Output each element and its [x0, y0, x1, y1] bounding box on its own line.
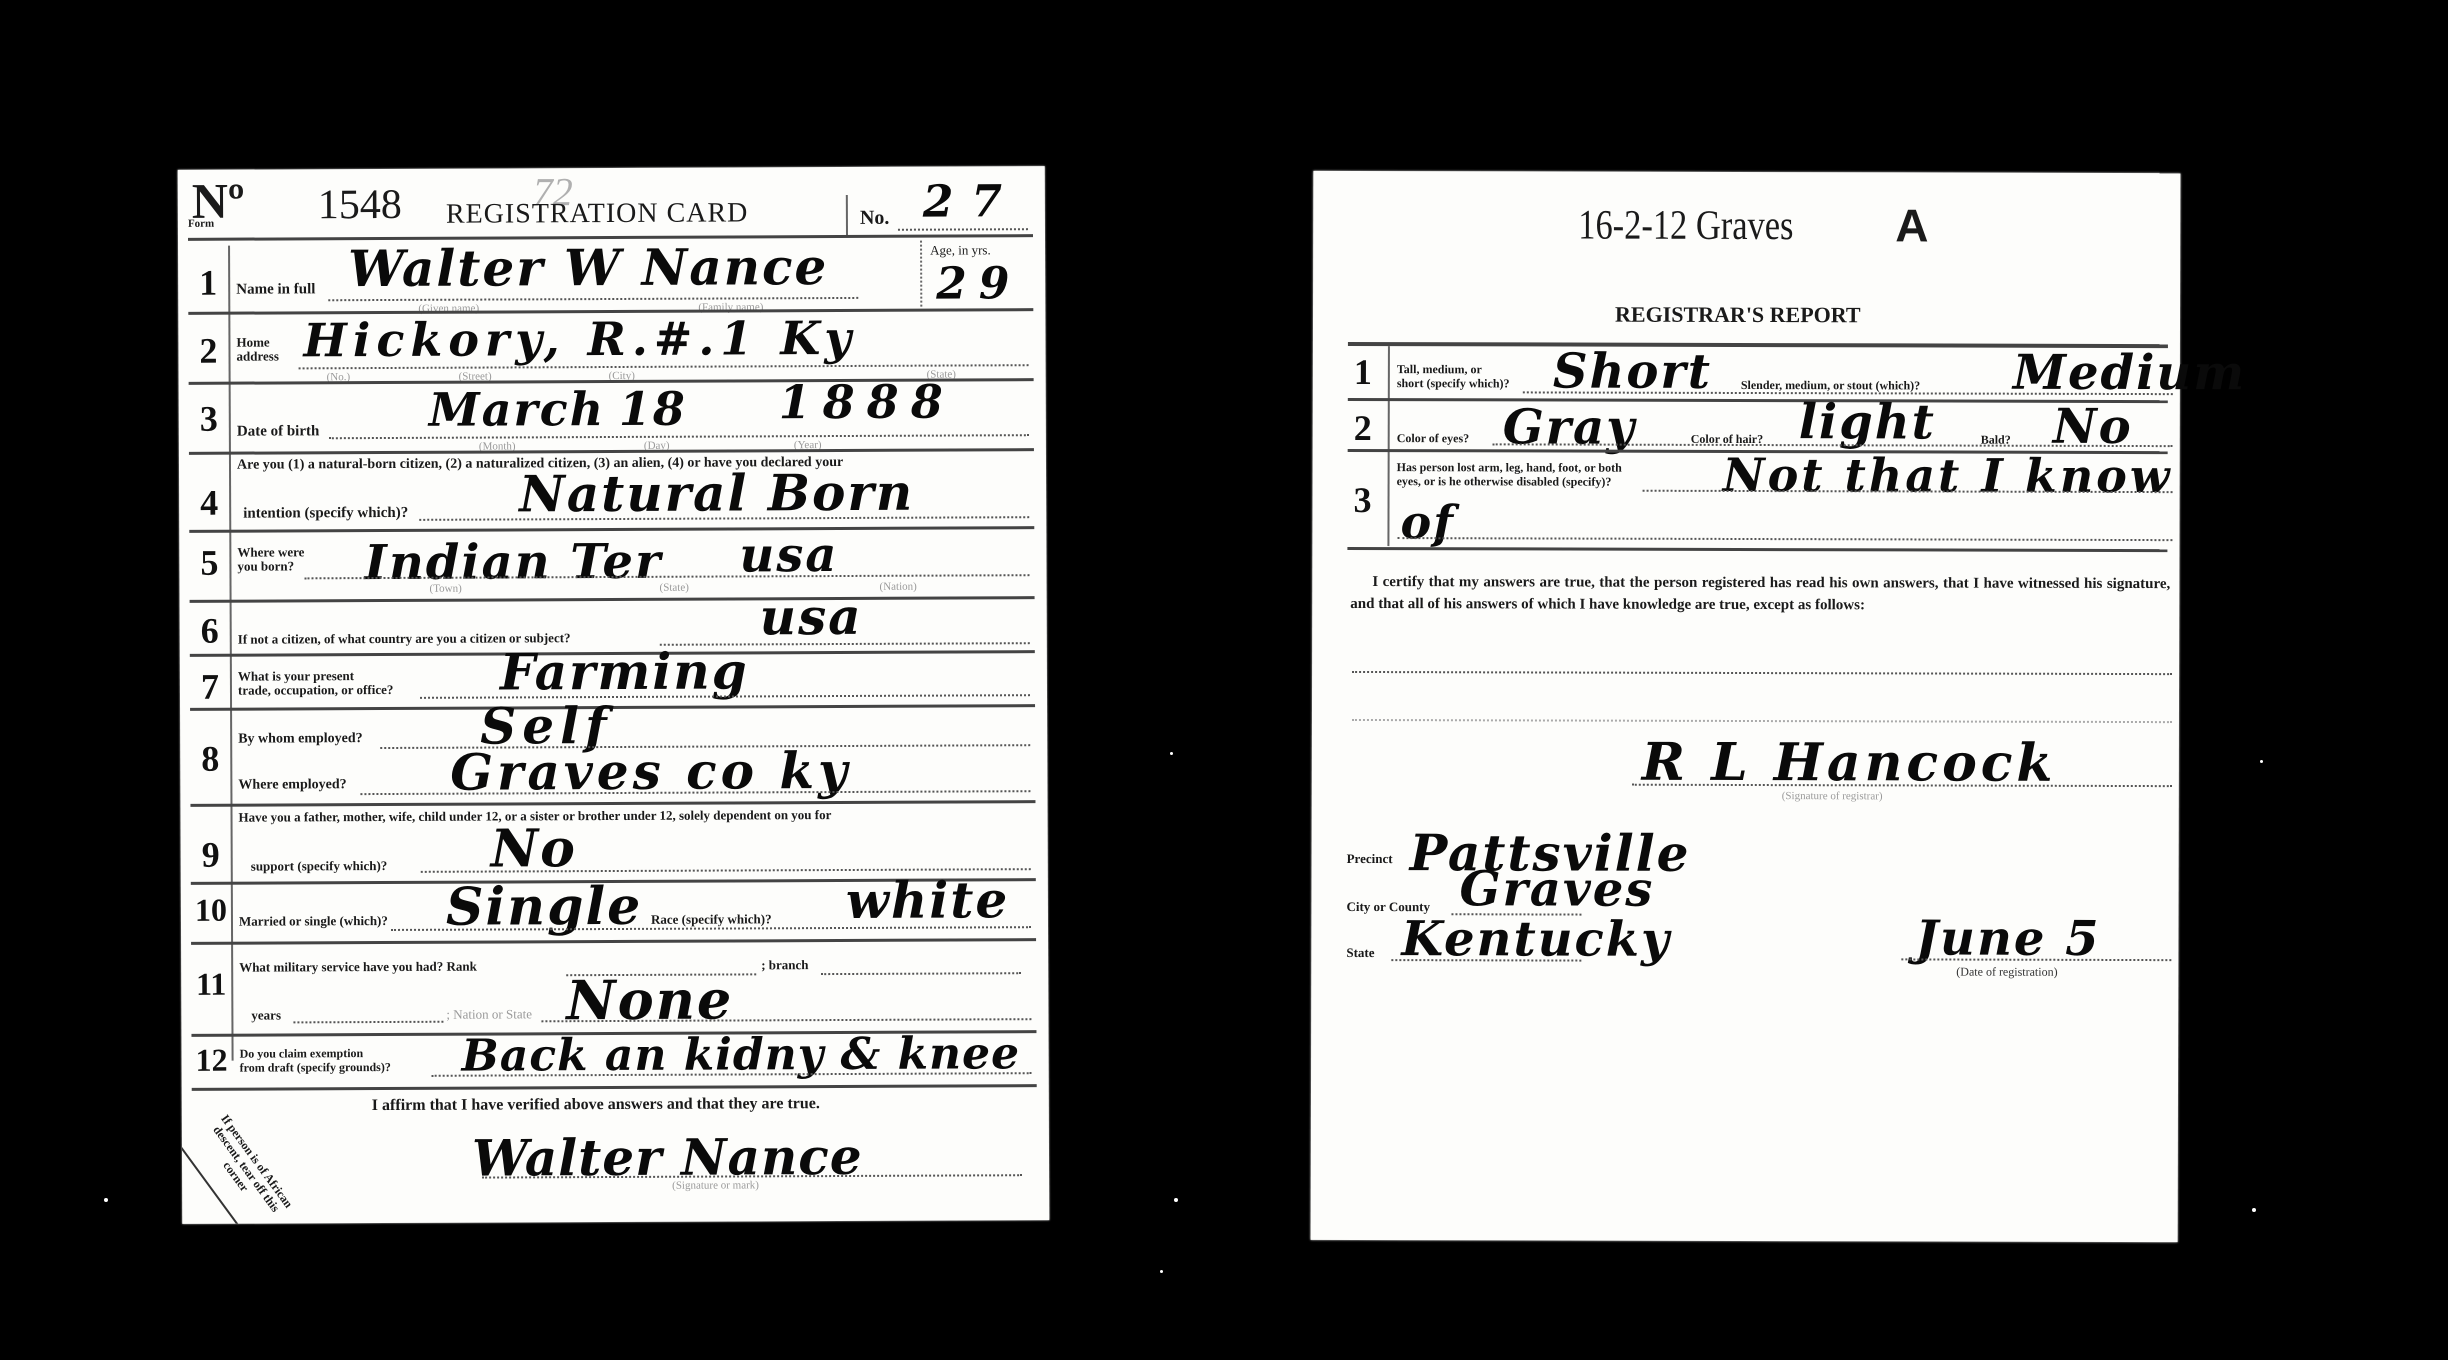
occupation-value: Farming — [500, 641, 749, 701]
header-letter: A — [1895, 198, 1928, 252]
certification-text: I certify that my answers are true, that… — [1350, 571, 2170, 617]
affirmation-text: I affirm that I have verified above answ… — [372, 1095, 820, 1115]
birth-year-value: 1888 — [779, 375, 955, 430]
name-label: Name in full — [236, 281, 315, 298]
tear-off-corner: If person is of African descent, tear of… — [182, 1091, 333, 1224]
eye-color-value: Gray — [1503, 399, 1636, 455]
form-label: Form — [188, 218, 214, 230]
military-service-value: None — [566, 967, 733, 1032]
serial-number: 1548 — [318, 181, 402, 229]
home-address-value: Hickory, R.#.1 Ky — [303, 311, 857, 367]
citizenship-value: Natural Born — [519, 463, 914, 524]
registration-card: Nº Form 1548 72 REGISTRATION CARD No. 27… — [178, 166, 1050, 1224]
order-number: 27 — [923, 176, 1020, 227]
disability-value-line2: of — [1400, 495, 1455, 549]
hair-color-value: light — [1799, 394, 1936, 450]
card-title: REGISTRATION CARD — [446, 197, 749, 230]
registrars-report-card: 16-2-12 Graves A REGISTRAR'S REPORT 1 Ta… — [1311, 171, 2181, 1242]
birth-day-value: 18 — [619, 382, 687, 436]
registrant-signature: Walter Nance — [472, 1127, 863, 1188]
age-value: 29 — [936, 258, 1021, 309]
order-number-label: No. — [860, 207, 890, 230]
city-county-value: Graves — [1459, 861, 1654, 918]
age-label: Age, in yrs. — [930, 242, 991, 258]
birthplace-town-value: Indian Ter — [364, 534, 662, 591]
state-label: State — [1346, 945, 1374, 961]
header-code: 16-2-12 Graves — [1578, 202, 1793, 251]
country-value: usa — [760, 587, 863, 646]
name-value: Walter W Nance — [348, 237, 828, 298]
disability-value-line1: Not that I know — [1723, 448, 2173, 503]
report-title: REGISTRAR'S REPORT — [1615, 302, 1861, 329]
precinct-label: Precinct — [1347, 851, 1393, 867]
race-value: white — [846, 870, 1010, 930]
birth-month-value: March — [429, 382, 606, 437]
corner-note: If person is of African descent, tear of… — [189, 1101, 303, 1224]
